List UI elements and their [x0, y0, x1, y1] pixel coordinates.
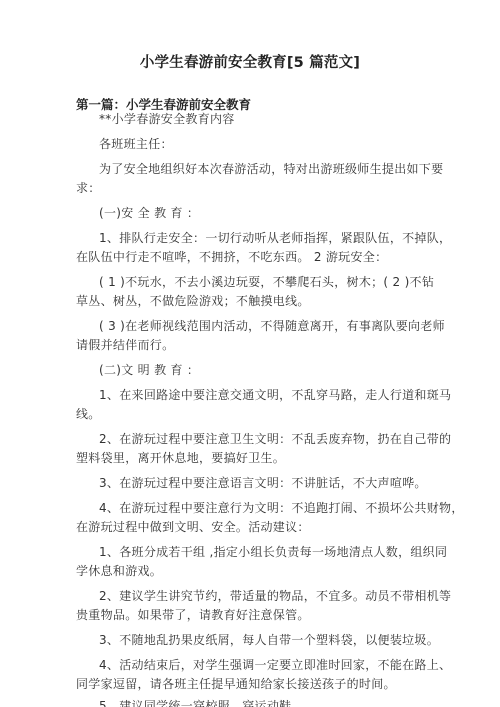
paragraph-line: 4、在游玩过程中要注意行为文明：不追跑打闹、不损坏公共财物， [99, 499, 464, 516]
paragraph-line: 求： [76, 179, 101, 196]
paragraph-line: 3、在游玩过程中要注意语言文明：不讲脏话，不大声喧哗。 [99, 474, 427, 491]
paragraph-line: 各班班主任： [99, 135, 173, 152]
paragraph-line: 1、排队行走安全：一切行动听从老师指挥，紧跟队伍，不掉队， [99, 229, 451, 246]
paragraph-line: 塑料袋里，离开休息地，要搞好卫生。 [76, 449, 285, 466]
paragraph-line: 1、在来回路途中要注意交通文明，不乱穿马路，走人行道和斑马 [99, 386, 451, 403]
paragraph-line: 为了安全地组织好本次春游活动，特对出游班级师生提出如下要 [99, 160, 443, 177]
paragraph-line: ( 1 )不玩水，不去小溪边玩耍，不攀爬石头，树木；( 2 )不钻 [99, 273, 434, 290]
paragraph-line: 草丛、树丛，不做危险游戏；不触摸电线。 [76, 292, 310, 309]
paragraph-line: **小学春游安全教育内容 [99, 110, 235, 127]
paragraph-line: 在游玩过程中做到文明、安全。活动建议： [76, 518, 310, 535]
paragraph-line: 在队伍中行走不喧哗，不拥挤，不吃东西。 2 游玩安全： [76, 248, 387, 265]
paragraph-line: 线。 [76, 405, 101, 422]
paragraph-line: 学休息和游戏。 [76, 562, 162, 579]
paragraph-line: (二)文 明 教 育 ： [99, 361, 199, 378]
document-title: 小学生春游前安全教育[5 篇范文] [0, 51, 500, 72]
paragraph-line: (一)安 全 教 育 ： [99, 204, 199, 221]
paragraph-line: 1、各班分成若干组 ,指定小组长负责每一场地清点人数，组织同 [99, 543, 447, 560]
paragraph-line: 4、活动结束后，对学生强调一定要立即准时回家，不能在路上、 [99, 656, 451, 673]
paragraph-line: 贵重物品。如果带了，请教育好注意保管。 [76, 606, 310, 623]
paragraph-line: 5、建议同学统一穿校服、穿运动鞋。 [99, 697, 304, 707]
paragraph-line: 2、在游玩过程中要注意卫生文明：不乱丢废弃物，扔在自己带的 [99, 430, 451, 447]
paragraph-line: 2、建议学生讲究节约，带适量的物品，不宜多。动员不带相机等 [99, 587, 451, 604]
paragraph-line: 3、不随地乱扔果皮纸屑，每人自带一个塑料袋，以便装垃圾。 [99, 631, 439, 648]
paragraph-line: ( 3 )在老师视线范围内活动，不得随意离开，有事离队要向老师 [99, 317, 445, 334]
paragraph-line: 请假并结伴而行。 [76, 336, 174, 353]
paragraph-line: 同学家逗留，请各班主任提早通知给家长接送孩子的时间。 [76, 675, 396, 692]
